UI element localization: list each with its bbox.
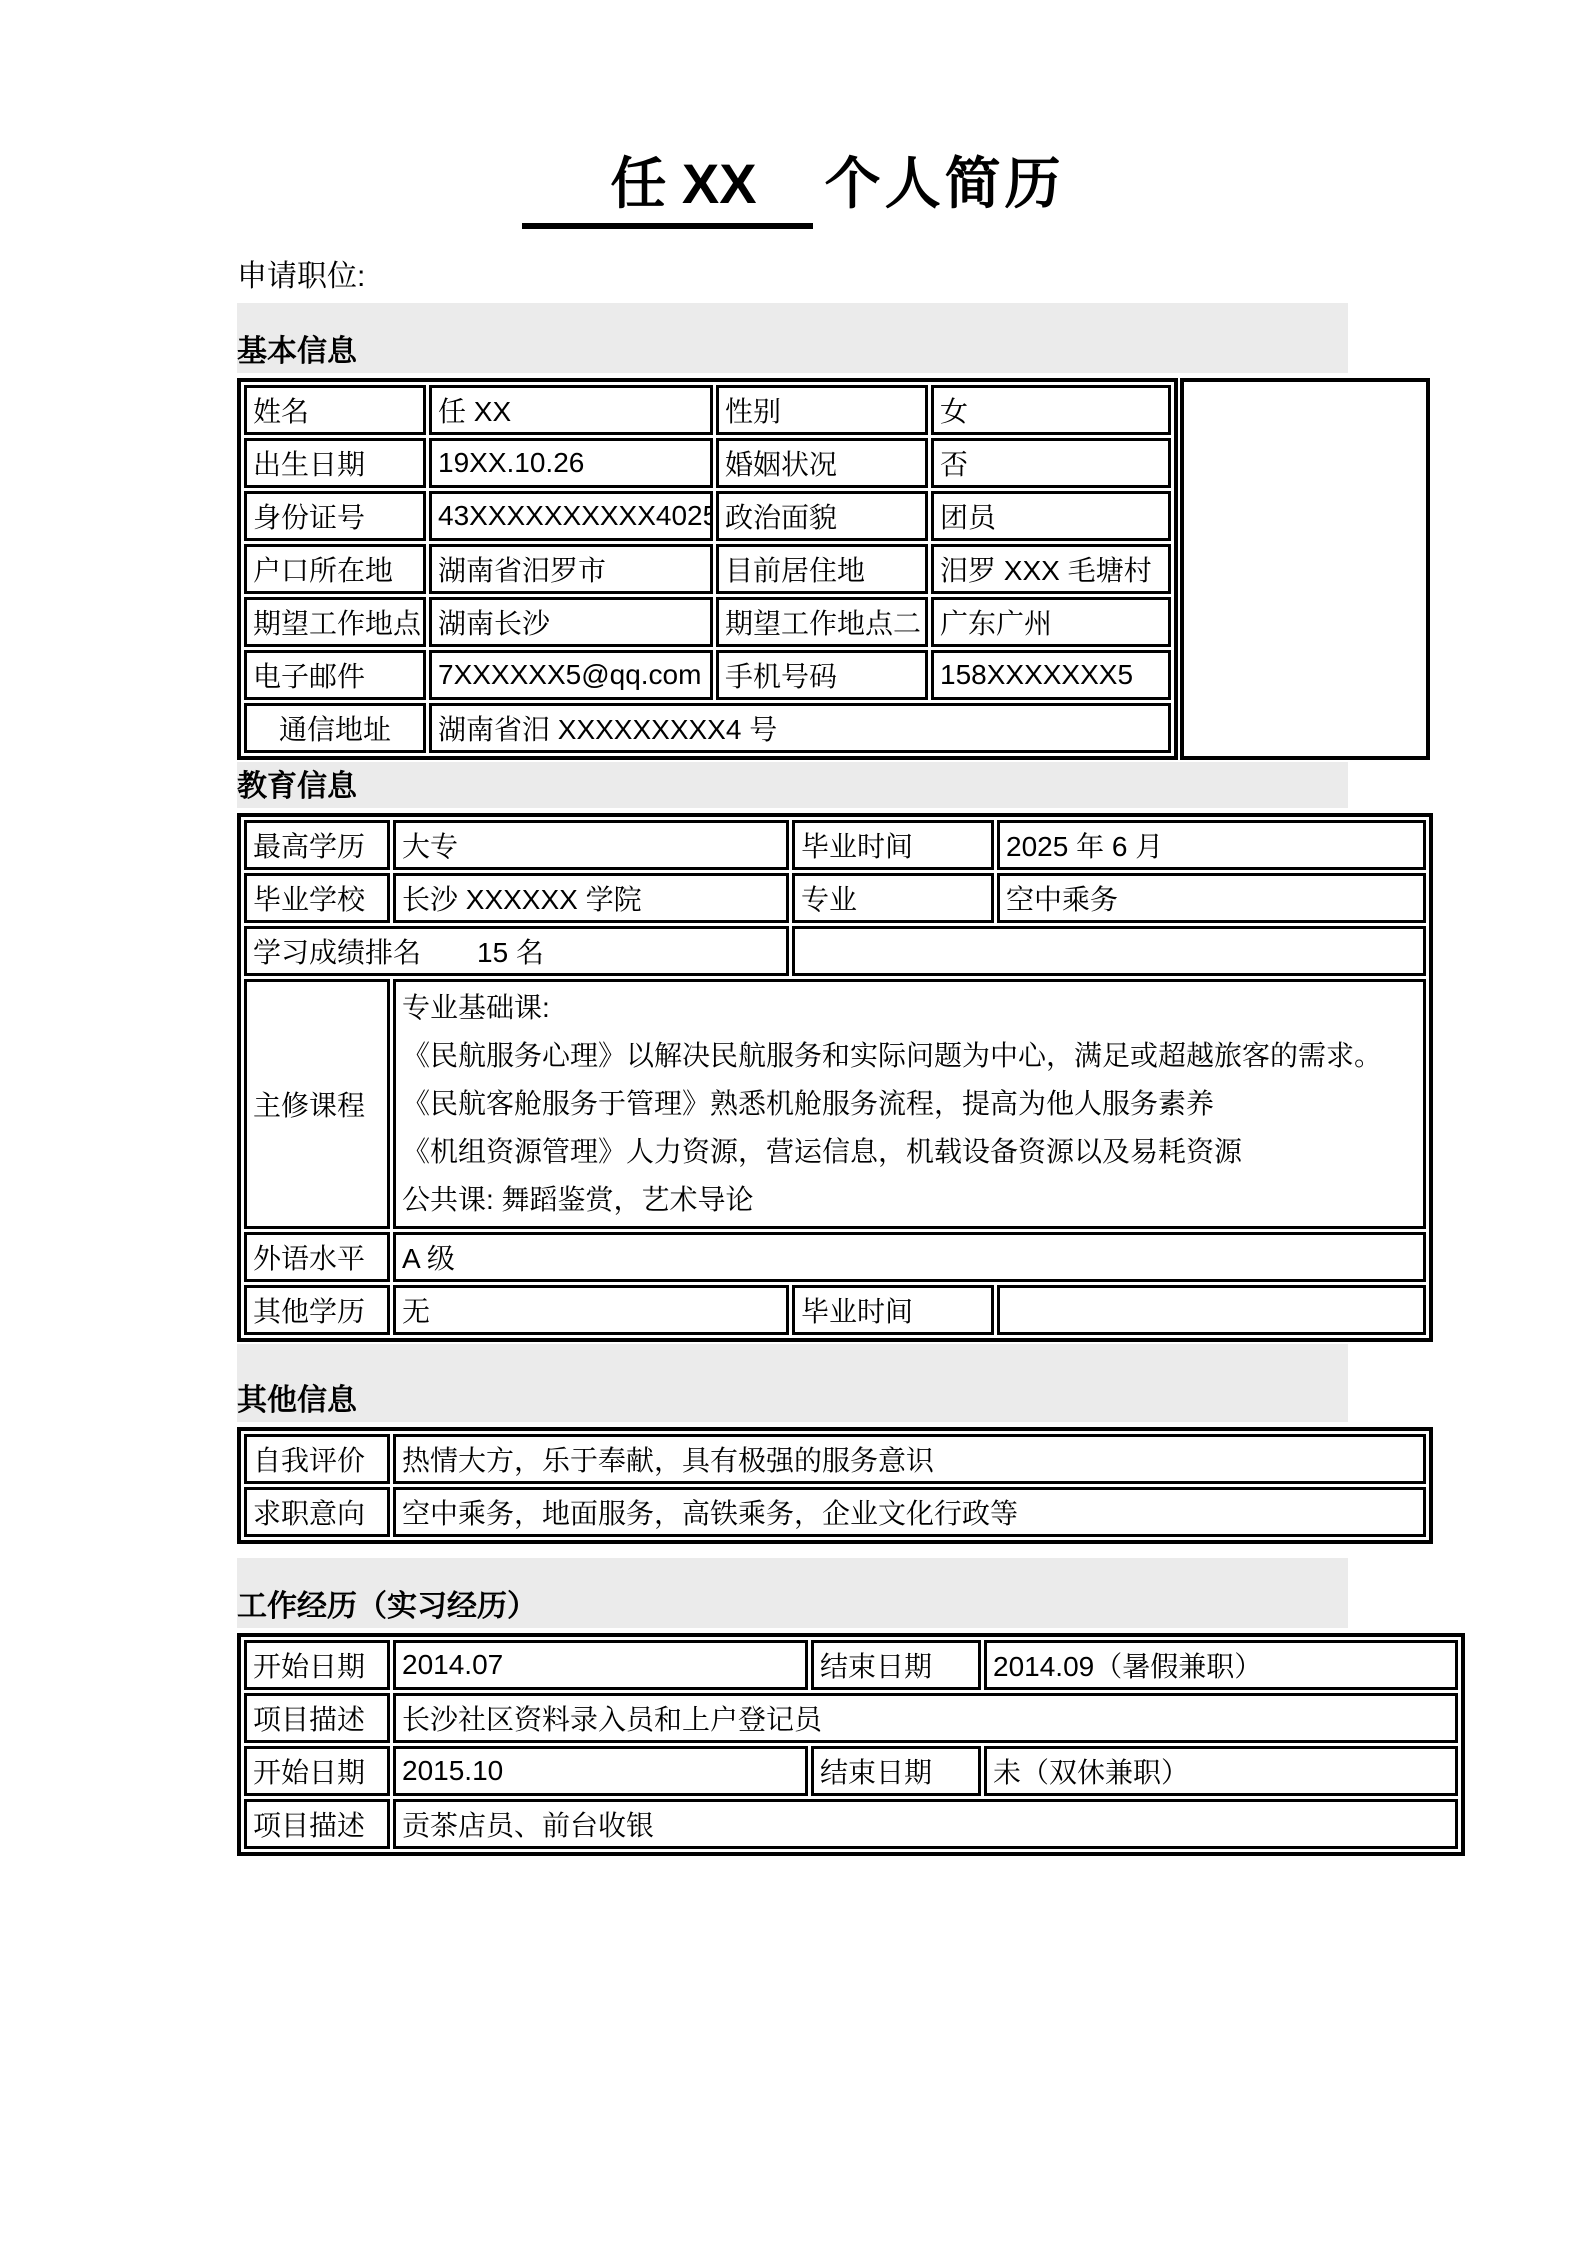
table-row: 开始日期 2014.07 结束日期 2014.09（暑假兼职） xyxy=(244,1640,1458,1690)
field-label: 项目描述 xyxy=(244,1693,390,1743)
field-label: 婚姻状况 xyxy=(716,438,928,488)
table-row: 主修课程 专业基础课: 《民航服务心理》以解决民航服务和实际问题为中心，满足或超… xyxy=(244,979,1426,1229)
table-row: 通信地址 湖南省汨 XXXXXXXXX4 号 xyxy=(244,703,1171,753)
field-value: 湖南省汨罗市 xyxy=(429,544,713,594)
courses-cell: 专业基础课: 《民航服务心理》以解决民航服务和实际问题为中心，满足或超越旅客的需… xyxy=(393,979,1426,1229)
field-label: 主修课程 xyxy=(244,979,390,1229)
field-value: 158XXXXXXX5 xyxy=(931,650,1171,700)
field-label: 手机号码 xyxy=(716,650,928,700)
section-header-other-info: 其他信息 xyxy=(237,1375,357,1422)
field-value: 汨罗 XXX 毛塘村 xyxy=(931,544,1171,594)
field-value: 空中乘务 xyxy=(997,873,1426,923)
table-row: 外语水平 A 级 xyxy=(244,1232,1426,1282)
course-line: 《民航服务心理》以解决民航服务和实际问题为中心，满足或超越旅客的需求。 xyxy=(402,1032,1417,1080)
table-row: 出生日期 19XX.10.26 婚姻状况 否 xyxy=(244,438,1171,488)
resume-page: 任 XX个人简历 申请职位: 基本信息 姓名 任 XX 性别 女 出生日期 xyxy=(0,0,1587,2245)
field-value: 2015.10 xyxy=(393,1746,808,1796)
section-header-basic-info: 基本信息 xyxy=(237,326,357,373)
field-value: 2025 年 6 月 xyxy=(997,820,1426,870)
field-value: 2014.09（暑假兼职） xyxy=(984,1640,1458,1690)
table-row: 电子邮件 7XXXXXX5@qq.com 手机号码 158XXXXXXX5 xyxy=(244,650,1171,700)
field-label: 结束日期 xyxy=(811,1640,981,1690)
section-header-work-experience: 工作经历（实习经历） xyxy=(237,1581,537,1628)
field-label: 毕业学校 xyxy=(244,873,390,923)
photo-placeholder xyxy=(1180,378,1430,760)
work-experience-table: 开始日期 2014.07 结束日期 2014.09（暑假兼职） 项目描述 长沙社… xyxy=(237,1633,1465,1856)
field-label: 开始日期 xyxy=(244,1746,390,1796)
field-value: 贡茶店员、前台收银 xyxy=(393,1799,1458,1849)
field-value: 湖南长沙 xyxy=(429,597,713,647)
field-label: 专业 xyxy=(792,873,994,923)
field-label: 通信地址 xyxy=(244,703,426,753)
table-row: 开始日期 2015.10 结束日期 未（双休兼职） xyxy=(244,1746,1458,1796)
field-label: 最高学历 xyxy=(244,820,390,870)
field-label: 电子邮件 xyxy=(244,650,426,700)
course-line: 公共课: 舞蹈鉴赏，艺术导论 xyxy=(402,1176,1417,1224)
course-line: 《机组资源管理》人力资源，营运信息，机载设备资源以及易耗资源 xyxy=(402,1128,1417,1176)
field-label: 求职意向 xyxy=(244,1487,390,1537)
field-label: 开始日期 xyxy=(244,1640,390,1690)
field-value: 空中乘务，地面服务，高铁乘务，企业文化行政等 xyxy=(393,1487,1426,1537)
field-label: 毕业时间 xyxy=(792,1285,994,1335)
table-row: 最高学历 大专 毕业时间 2025 年 6 月 xyxy=(244,820,1426,870)
table-row: 身份证号 43XXXXXXXXXX4025 政治面貌 团员 xyxy=(244,491,1171,541)
education-table: 最高学历 大专 毕业时间 2025 年 6 月 毕业学校 长沙 XXXXXX 学… xyxy=(237,813,1433,1342)
basic-info-area: 姓名 任 XX 性别 女 出生日期 19XX.10.26 婚姻状况 否 身份证号… xyxy=(237,378,1587,760)
field-label: 期望工作地点二 xyxy=(716,597,928,647)
empty-cell xyxy=(792,926,1426,976)
field-value: 广东广州 xyxy=(931,597,1171,647)
section-band-other-info: 其他信息 xyxy=(237,1344,1348,1422)
section-band-education: 教育信息 xyxy=(237,762,1348,808)
field-value: 2014.07 xyxy=(393,1640,808,1690)
table-row: 学习成绩排名 15 名 xyxy=(244,926,1426,976)
field-value: 长沙 XXXXXX 学院 xyxy=(393,873,789,923)
table-row: 项目描述 长沙社区资料录入员和上户登记员 xyxy=(244,1693,1458,1743)
section-band-basic-info: 基本信息 xyxy=(237,303,1348,373)
table-row: 其他学历 无 毕业时间 xyxy=(244,1285,1426,1335)
field-label: 姓名 xyxy=(244,385,426,435)
section-band-work-experience: 工作经历（实习经历） xyxy=(237,1558,1348,1628)
field-value: 大专 xyxy=(393,820,789,870)
field-value: 任 XX xyxy=(429,385,713,435)
field-value: 女 xyxy=(931,385,1171,435)
content-column: 申请职位: 基本信息 姓名 任 XX 性别 女 出生日期 19XX.10.26 xyxy=(237,251,1587,1856)
basic-info-table: 姓名 任 XX 性别 女 出生日期 19XX.10.26 婚姻状况 否 身份证号… xyxy=(237,378,1178,760)
field-value: 热情大方，乐于奉献，具有极强的服务意识 xyxy=(393,1434,1426,1484)
table-row: 项目描述 贡茶店员、前台收银 xyxy=(244,1799,1458,1849)
field-value: 7XXXXXX5@qq.com xyxy=(429,650,713,700)
field-value: 否 xyxy=(931,438,1171,488)
apply-position-label: 申请职位: xyxy=(237,251,1587,295)
field-value: 19XX.10.26 xyxy=(429,438,713,488)
field-label: 项目描述 xyxy=(244,1799,390,1849)
field-value: A 级 xyxy=(393,1232,1426,1282)
field-label: 结束日期 xyxy=(811,1746,981,1796)
page-title: 任 XX个人简历 xyxy=(0,0,1587,217)
other-info-table: 自我评价 热情大方，乐于奉献，具有极强的服务意识 求职意向 空中乘务，地面服务，… xyxy=(237,1427,1433,1544)
table-row: 自我评价 热情大方，乐于奉献，具有极强的服务意识 xyxy=(244,1434,1426,1484)
course-line: 专业基础课: xyxy=(402,984,1417,1032)
table-row: 姓名 任 XX 性别 女 xyxy=(244,385,1171,435)
title-name: 任 XX xyxy=(522,152,812,229)
field-label: 身份证号 xyxy=(244,491,426,541)
field-label: 其他学历 xyxy=(244,1285,390,1335)
table-row: 毕业学校 长沙 XXXXXX 学院 专业 空中乘务 xyxy=(244,873,1426,923)
field-label: 户口所在地 xyxy=(244,544,426,594)
table-row: 户口所在地 湖南省汨罗市 目前居住地 汨罗 XXX 毛塘村 xyxy=(244,544,1171,594)
field-value: 团员 xyxy=(931,491,1171,541)
field-value: 43XXXXXXXXXX4025 xyxy=(429,491,713,541)
table-row: 期望工作地点 湖南长沙 期望工作地点二 广东广州 xyxy=(244,597,1171,647)
title-suffix: 个人简历 xyxy=(813,152,1065,215)
field-label: 期望工作地点 xyxy=(244,597,426,647)
field-value: 无 xyxy=(393,1285,789,1335)
rank-cell: 学习成绩排名 15 名 xyxy=(244,926,789,976)
field-label: 性别 xyxy=(716,385,928,435)
section-header-education: 教育信息 xyxy=(237,761,357,808)
field-value: 湖南省汨 XXXXXXXXX4 号 xyxy=(429,703,1171,753)
field-value xyxy=(997,1285,1426,1335)
field-label: 外语水平 xyxy=(244,1232,390,1282)
field-value: 长沙社区资料录入员和上户登记员 xyxy=(393,1693,1458,1743)
course-line: 《民航客舱服务于管理》熟悉机舱服务流程，提高为他人服务素养 xyxy=(402,1080,1417,1128)
field-label: 出生日期 xyxy=(244,438,426,488)
field-label: 目前居住地 xyxy=(716,544,928,594)
table-row: 求职意向 空中乘务，地面服务，高铁乘务，企业文化行政等 xyxy=(244,1487,1426,1537)
field-value: 未（双休兼职） xyxy=(984,1746,1458,1796)
field-label: 自我评价 xyxy=(244,1434,390,1484)
field-label: 政治面貌 xyxy=(716,491,928,541)
field-label: 毕业时间 xyxy=(792,820,994,870)
